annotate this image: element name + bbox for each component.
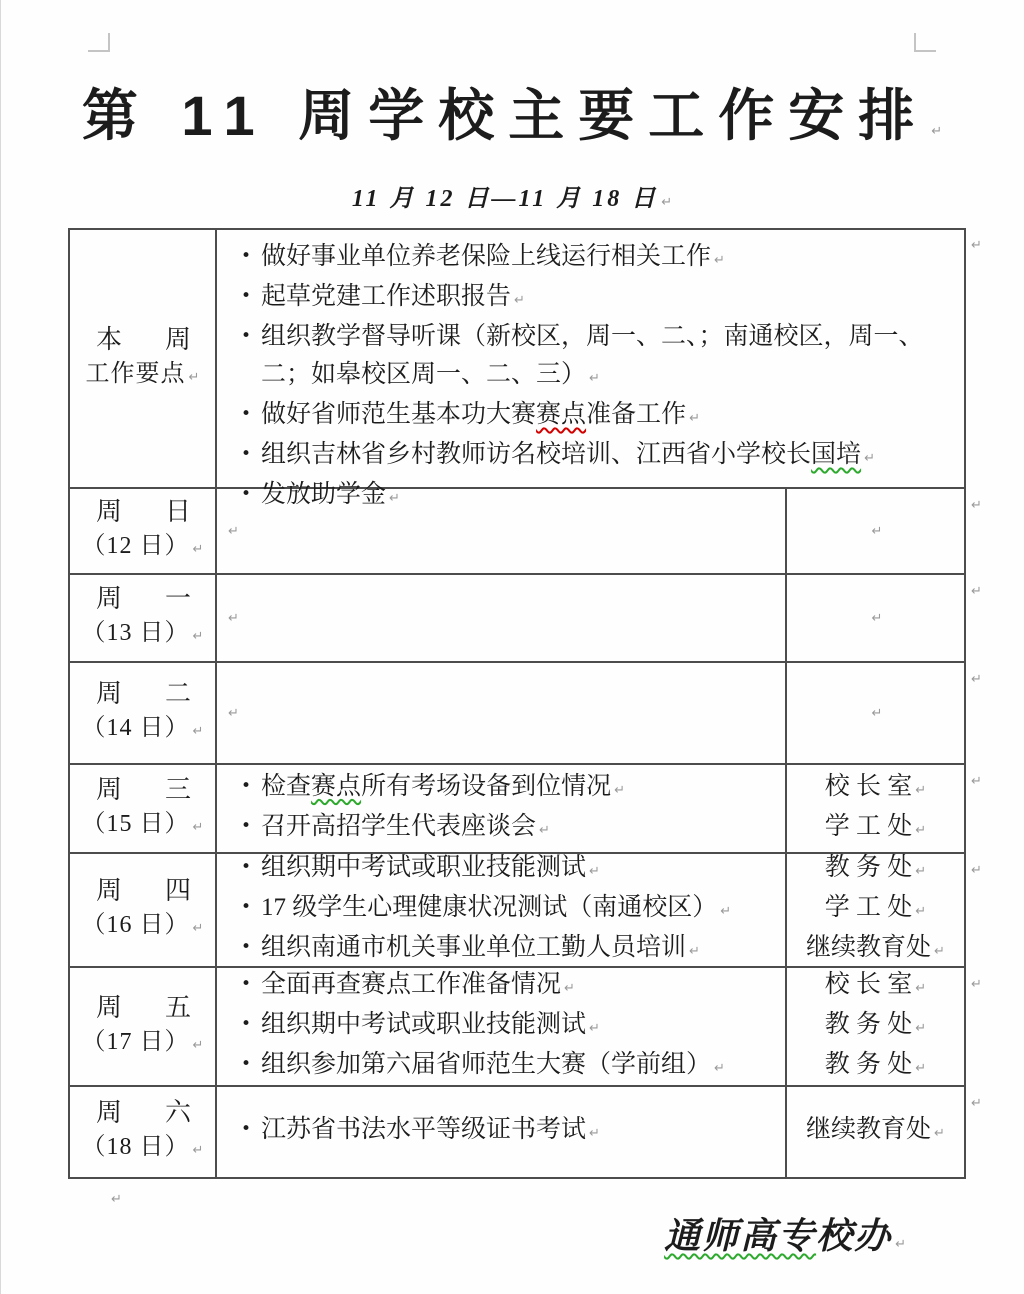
day-label-date: （14 日）↵ [70, 711, 215, 749]
paragraph-mark: ↵ [714, 253, 725, 268]
item-text: 组织吉林省乡村教师访名校培训、江西省小学校长 [261, 441, 811, 468]
paragraph-mark: ↵ [589, 864, 600, 879]
paragraph-mark: ↵ [915, 904, 926, 919]
paragraph-mark: ↵ [193, 542, 204, 557]
summary-content-cell: •做好事业单位养老保险上线运行相关工作↵ •起草党建工作述职报告↵ •组织教学督… [217, 230, 964, 489]
day-row-label-monday: 周一 （13 日）↵ [70, 575, 217, 663]
item-text: 起草党建工作述职报告 [261, 283, 511, 310]
day-row-label-saturday: 周六 （18 日）↵ [70, 1087, 217, 1177]
dept-cell-empty: ↵ [787, 489, 964, 575]
bullet-icon: • [241, 937, 251, 957]
paragraph-mark: ↵ [589, 371, 600, 386]
item-text: 召开高招学生代表座谈会 [261, 813, 536, 840]
day-label-line1: 周二 [70, 677, 215, 711]
day-char-a: 周 [96, 874, 122, 908]
document-page: { "page": { "title": "第 11 周学校主要工作安排", "… [0, 0, 1024, 1294]
day-char-a: 周 [96, 677, 122, 711]
date-range-text: 11 月 12 日—11 月 18 日 [352, 186, 658, 212]
day-label-line1: 周三 [70, 773, 215, 807]
day-label-line1: 周六 [70, 1096, 215, 1130]
day-content-cell-empty: ↵ [217, 489, 787, 575]
paragraph-mark: ↵ [934, 944, 945, 959]
paragraph-mark: ↵ [228, 524, 777, 539]
day-content-cell-empty: ↵ [217, 663, 787, 765]
day-date-text: （16 日） [82, 912, 190, 938]
day-char-b: 三 [165, 773, 191, 807]
paragraph-mark: ↵ [689, 944, 700, 959]
day-content-cell: •江苏省书法水平等级证书考试↵ [217, 1087, 787, 1177]
list-item: •全面再查赛点工作准备情况↵ [229, 967, 777, 1007]
day-label-date: （15 日）↵ [70, 807, 215, 845]
day-char-b: 五 [165, 991, 191, 1025]
item-text: 做好省师范生基本功大赛 [261, 401, 536, 428]
dept-name: 教 务 处↵ [825, 1047, 926, 1087]
day-label-line1: 周四 [70, 874, 215, 908]
dept-cell-empty: ↵ [787, 575, 964, 663]
item-text: 组织参加第六届省师范生大赛（学前组） [261, 1051, 711, 1078]
weekly-schedule-table: 本周 工作要点↵ •做好事业单位养老保险上线运行相关工作↵ •起草党建工作述职报… [68, 228, 966, 1179]
paragraph-mark: ↵ [614, 783, 625, 798]
item-text: 17 级学生心理健康状况测试（南通校区） [261, 894, 717, 921]
row-end-mark: ↵ [971, 672, 982, 687]
paragraph-mark: ↵ [111, 1192, 122, 1207]
day-row-label-thursday: 周四 （16 日）↵ [70, 854, 217, 968]
paragraph-mark: ↵ [193, 921, 204, 936]
bullet-icon: • [241, 1014, 251, 1034]
paragraph-mark: ↵ [514, 293, 525, 308]
paragraph-mark: ↵ [661, 195, 672, 210]
day-char-a: 周 [96, 773, 122, 807]
bullet-icon: • [241, 816, 251, 836]
dept-name: 教 务 处↵ [825, 850, 926, 890]
list-item: •组织期中考试或职业技能测试↵ [229, 850, 777, 890]
bullet-icon: • [241, 286, 251, 306]
paragraph-mark: ↵ [934, 1126, 945, 1141]
paragraph-mark: ↵ [193, 1143, 204, 1158]
margin-corner-top-left [88, 33, 110, 52]
day-char-b: 六 [165, 1096, 191, 1130]
list-item: •江苏省书法水平等级证书考试↵ [229, 1112, 777, 1152]
dept-name: 教 务 处↵ [825, 1007, 926, 1047]
row-end-mark: ↵ [971, 498, 982, 513]
day-label-date: （17 日）↵ [70, 1025, 215, 1063]
summary-label-line1: 本周 [70, 323, 215, 357]
day-label-line1: 周一 [70, 582, 215, 616]
paragraph-mark: ↵ [193, 724, 204, 739]
day-date-text: （15 日） [82, 811, 190, 837]
list-item: •做好事业单位养老保险上线运行相关工作↵ [229, 239, 956, 279]
day-row-label-sunday: 周日 （12 日）↵ [70, 489, 217, 575]
bullet-icon: • [241, 246, 251, 266]
summary-label-char-a: 本 [96, 323, 122, 357]
paragraph-mark: ↵ [872, 706, 883, 721]
row-end-mark: ↵ [971, 238, 982, 253]
bullet-icon: • [241, 1119, 251, 1139]
day-content-cell: •检查赛点所有考场设备到位情况↵ •召开高招学生代表座谈会↵ [217, 765, 787, 854]
row-end-mark: ↵ [971, 584, 982, 599]
day-row-label-friday: 周五 （17 日）↵ [70, 968, 217, 1087]
dept-name: 校 长 室↵ [825, 769, 926, 809]
day-char-a: 周 [96, 991, 122, 1025]
list-item: •检查赛点所有考场设备到位情况↵ [229, 769, 777, 809]
dept-cell: 继续教育处↵ [787, 1087, 964, 1177]
bullet-icon: • [241, 776, 251, 796]
margin-corner-top-right [914, 33, 936, 52]
row-end-mark: ↵ [971, 863, 982, 878]
list-item: •做好省师范生基本功大赛赛点准备工作↵ [229, 397, 956, 437]
paragraph-mark: ↵ [864, 451, 875, 466]
day-content-cell-empty: ↵ [217, 575, 787, 663]
list-item: •起草党建工作述职报告↵ [229, 279, 956, 319]
bullet-icon: • [241, 974, 251, 994]
item-text: 江苏省书法水平等级证书考试 [261, 1116, 586, 1143]
page-title: 第 11 周学校主要工作安排↵ [0, 72, 1024, 152]
item-text: 全面再查赛点工作准备情况 [261, 971, 561, 998]
paragraph-mark: ↵ [915, 1021, 926, 1036]
summary-label-char-b: 周 [165, 323, 191, 357]
row-end-mark: ↵ [971, 977, 982, 992]
summary-label-line2-text: 工作要点 [86, 361, 186, 387]
paragraph-mark: ↵ [895, 1237, 906, 1252]
bullet-icon: • [241, 444, 251, 464]
item-text: 组织期中考试或职业技能测试 [261, 1011, 586, 1038]
item-marked-text: 赛点 [311, 773, 361, 800]
day-date-text: （13 日） [82, 620, 190, 646]
item-text: 检查 [261, 773, 311, 800]
dept-text: 教 务 处 [825, 854, 913, 881]
day-char-b: 一 [165, 582, 191, 616]
day-char-a: 周 [96, 495, 122, 529]
item-text: 准备工作 [586, 401, 686, 428]
page-title-text: 第 11 周学校主要工作安排 [82, 84, 928, 147]
dept-text: 学 工 处 [825, 894, 913, 921]
paragraph-mark: ↵ [915, 783, 926, 798]
item-text: 组织南通市机关事业单位工勤人员培训 [261, 934, 686, 961]
day-char-b: 二 [165, 677, 191, 711]
day-content-cell: •组织期中考试或职业技能测试↵ •17 级学生心理健康状况测试（南通校区）↵ •… [217, 854, 787, 968]
paragraph-mark: ↵ [539, 823, 550, 838]
list-item: •组织教学督导听课（新校区，周一、二、；南通校区，周一、二；如皋校区周一、二、三… [229, 319, 956, 397]
dept-name: 学 工 处↵ [825, 809, 926, 849]
day-label-date: （12 日）↵ [70, 529, 215, 567]
bullet-icon: • [241, 1054, 251, 1074]
day-date-text: （18 日） [82, 1134, 190, 1160]
day-date-text: （17 日） [82, 1029, 190, 1055]
item-text: 做好事业单位养老保险上线运行相关工作 [261, 243, 711, 270]
dept-text: 校 长 室 [825, 773, 913, 800]
dept-text: 教 务 处 [825, 1051, 913, 1078]
day-char-a: 周 [96, 582, 122, 616]
paragraph-mark: ↵ [228, 706, 777, 721]
paragraph-mark: ↵ [720, 904, 731, 919]
paragraph-mark: ↵ [189, 370, 200, 385]
date-range-subtitle: 11 月 12 日—11 月 18 日↵ [0, 178, 1024, 213]
item-text: 所有考场设备到位情况 [361, 773, 611, 800]
paragraph-mark: ↵ [915, 823, 926, 838]
dept-name: 学 工 处↵ [825, 890, 926, 930]
dept-cell: 教 务 处↵ 学 工 处↵ 继续教育处↵ [787, 854, 964, 968]
row-end-mark: ↵ [971, 774, 982, 789]
list-item: •组织吉林省乡村教师访名校培训、江西省小学校长国培↵ [229, 437, 956, 477]
summary-row-label: 本周 工作要点↵ [70, 230, 217, 489]
paragraph-mark: ↵ [714, 1061, 725, 1076]
bullet-icon: • [241, 404, 251, 424]
day-label-line1: 周五 [70, 991, 215, 1025]
row-end-mark: ↵ [971, 1096, 982, 1111]
list-item: •组织期中考试或职业技能测试↵ [229, 1007, 777, 1047]
paragraph-mark: ↵ [872, 524, 883, 539]
day-date-text: （12 日） [82, 533, 190, 559]
footer-signature-underlined: 通师高专 [664, 1216, 816, 1256]
paragraph-mark: ↵ [228, 611, 777, 626]
item-marked-text: 赛点 [536, 401, 586, 428]
paragraph-mark: ↵ [193, 629, 204, 644]
day-label-date: （18 日）↵ [70, 1130, 215, 1168]
paragraph-mark: ↵ [589, 1021, 600, 1036]
dept-cell: 校 长 室↵ 教 务 处↵ 教 务 处↵ [787, 968, 964, 1087]
day-label-date: （13 日）↵ [70, 616, 215, 654]
item-text: 组织期中考试或职业技能测试 [261, 854, 586, 881]
day-label-date: （16 日）↵ [70, 908, 215, 946]
footer-signature: 通师高专校办↵ [664, 1208, 906, 1259]
day-date-text: （14 日） [82, 715, 190, 741]
paragraph-mark: ↵ [193, 1038, 204, 1053]
paragraph-mark: ↵ [931, 124, 942, 139]
day-char-b: 四 [165, 874, 191, 908]
day-char-a: 周 [96, 1096, 122, 1130]
paragraph-mark: ↵ [915, 981, 926, 996]
dept-text: 继续教育处 [806, 1116, 931, 1143]
dept-text: 学 工 处 [825, 813, 913, 840]
day-row-label-tuesday: 周二 （14 日）↵ [70, 663, 217, 765]
footer-signature-rest: 校办 [816, 1216, 892, 1256]
paragraph-mark: ↵ [872, 611, 883, 626]
paragraph-mark: ↵ [689, 411, 700, 426]
paragraph-mark: ↵ [589, 1126, 600, 1141]
dept-name: 继续教育处↵ [806, 930, 945, 970]
dept-cell: 校 长 室↵ 学 工 处↵ [787, 765, 964, 854]
paragraph-mark: ↵ [915, 1061, 926, 1076]
paragraph-mark: ↵ [915, 864, 926, 879]
paragraph-mark: ↵ [193, 820, 204, 835]
day-content-cell: •全面再查赛点工作准备情况↵ •组织期中考试或职业技能测试↵ •组织参加第六届省… [217, 968, 787, 1087]
dept-name: 校 长 室↵ [825, 967, 926, 1007]
day-label-line1: 周日 [70, 495, 215, 529]
dept-text: 继续教育处 [806, 934, 931, 961]
paragraph-mark: ↵ [564, 981, 575, 996]
bullet-icon: • [241, 857, 251, 877]
list-item: •组织参加第六届省师范生大赛（学前组）↵ [229, 1047, 777, 1087]
bullet-icon: • [241, 484, 251, 504]
dept-name: 继续教育处↵ [806, 1112, 945, 1152]
summary-label-line2: 工作要点↵ [70, 357, 215, 395]
list-item: •组织南通市机关事业单位工勤人员培训↵ [229, 930, 777, 970]
dept-text: 教 务 处 [825, 1011, 913, 1038]
item-marked-text: 国培 [811, 441, 861, 468]
bullet-icon: • [241, 326, 251, 346]
dept-cell-empty: ↵ [787, 663, 964, 765]
day-char-b: 日 [165, 495, 191, 529]
day-row-label-wednesday: 周三 （15 日）↵ [70, 765, 217, 854]
dept-text: 校 长 室 [825, 971, 913, 998]
bullet-icon: • [241, 897, 251, 917]
list-item: •17 级学生心理健康状况测试（南通校区）↵ [229, 890, 777, 930]
list-item: •召开高招学生代表座谈会↵ [229, 809, 777, 849]
